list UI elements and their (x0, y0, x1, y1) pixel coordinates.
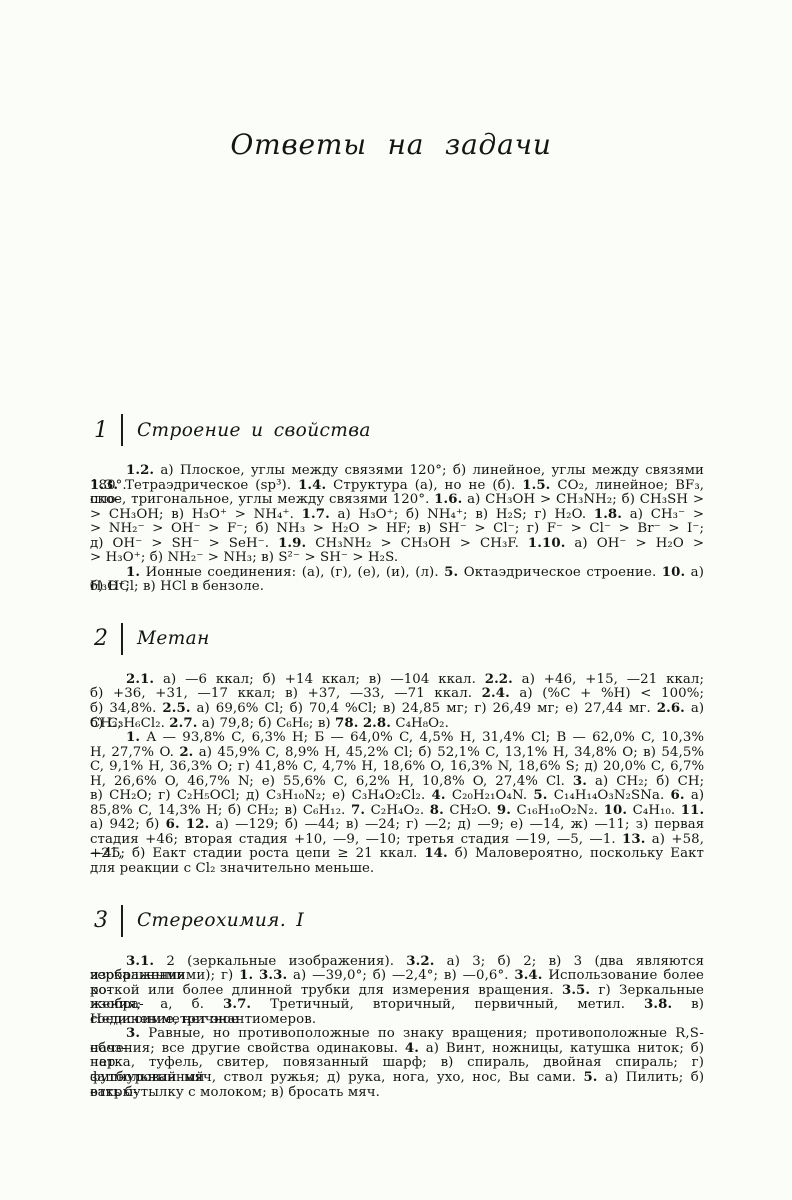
text-line: жения; а, б. 3.7. Третичный, вторичный, … (90, 998, 704, 1013)
paragraph: 1. А — 93,8% C, 6,3% H; Б — 64,0% C, 4,5… (90, 731, 704, 876)
section-title: Строение и свойства (137, 420, 371, 441)
text-line: 1.3. Тетраэдрическое (sp³). 1.4. Структу… (90, 479, 704, 494)
text-line: H, 27,7% O. 2. а) 45,9% C, 8,9% H, 45,2%… (90, 746, 704, 761)
section-1: 1Строение и свойства1.2. а) Плоское, угл… (90, 413, 704, 595)
text-line: > CH₃OH; в) H₃O⁺ > NH₄⁺. 1.7. а) H₃O⁺; б… (90, 508, 704, 523)
text-line: а) 942; б) 6. 12. а) —129; б) —44; в) —2… (90, 818, 704, 833)
text-line: для реакции с Cl₂ значительно меньше. (90, 862, 704, 877)
section-header: 1Строение и свойства (90, 413, 704, 447)
text-line: б) HCl; в) HCl в бензоле. (90, 580, 704, 595)
section-2: 2Метан2.1. а) —6 ккал; б) +14 ккал; в) —… (90, 622, 704, 877)
text-line: б) C₃H₆Cl₂. 2.7. а) 79,8; б) C₆H₆; в) 78… (90, 717, 704, 732)
text-line: в) CH₂O; г) C₂H₅OCl; д) C₃H₁₀N₂; е) C₃H₄… (90, 789, 704, 804)
text-line: H, 26,6% O, 46,7% N; е) 55,6% C, 6,2% H,… (90, 775, 704, 790)
text-line: 3. Равные, но противоположные по знаку в… (90, 1027, 704, 1042)
text-line: > H₃O⁺; б) NH₂⁻ > NH₃; в) S²⁻ > SH⁻ > H₂… (90, 551, 704, 566)
text-line: чатка, туфель, свитер, повязанный шарф; … (90, 1056, 704, 1071)
paragraph: 3. Равные, но противоположные по знаку в… (90, 1027, 704, 1100)
section-header: 2Метан (90, 622, 704, 656)
text-line: 2.1. а) —6 ккал; б) +14 ккал; в) —104 кк… (90, 673, 704, 688)
text-line: вать бутылку с молоком; в) бросать мяч. (90, 1086, 704, 1101)
section-rule (121, 623, 123, 655)
text-line: 1. Ионные соединения: (а), (г), (е), (и)… (90, 566, 704, 581)
text-line: б) +36, +31, —17 ккал; в) +37, —33, —71 … (90, 687, 704, 702)
section-rule (121, 414, 123, 446)
text-line: стадия +46; вторая стадия +10, —9, —10; … (90, 833, 704, 848)
text-line: ское, тригональное, углы между связями 1… (90, 493, 704, 508)
text-line: соединение, нет энантиомеров. (90, 1013, 704, 1028)
text-line: 1.2. а) Плоское, углы между связями 120°… (90, 464, 704, 479)
text-line: > NH₂⁻ > OH⁻ > F⁻; б) NH₃ > H₂O > HF; в)… (90, 522, 704, 537)
text-line: б) 34,8%. 2.5. а) 69,6% Cl; б) 70,4 %Cl;… (90, 702, 704, 717)
section-header: 3Стереохимия. I (90, 904, 704, 938)
text-line: изображениями); г) 1. 3.3. а) —39,0°; б)… (90, 969, 704, 984)
section-number: 1 (90, 418, 112, 443)
sections: 1Строение и свойства1.2. а) Плоское, угл… (90, 413, 704, 1100)
section-rule (121, 905, 123, 937)
section-title: Метан (137, 628, 210, 649)
paragraph: 1.2. а) Плоское, углы между связями 120°… (90, 464, 704, 566)
section-title: Стереохимия. I (137, 910, 304, 931)
paragraph: 1. Ионные соединения: (а), (г), (е), (и)… (90, 566, 704, 595)
page: Ответы на задачи 1Строение и свойства1.2… (0, 0, 792, 1200)
section-number: 3 (90, 908, 112, 933)
paragraph: 3.1. 2 (зеркальные изображения). 3.2. а)… (90, 955, 704, 1028)
text-line: 85,8% C, 14,3% H; б) CH₂; в) C₆H₁₂. 7. C… (90, 804, 704, 819)
text-line: начения; все другие свойства одинаковы. … (90, 1042, 704, 1057)
text-line: д) OH⁻ > SH⁻ > SeH⁻. 1.9. CH₃NH₂ > CH₃OH… (90, 537, 704, 552)
text-line: футбольный мяч, ствол ружья; д) рука, но… (90, 1071, 704, 1086)
text-line: 3.1. 2 (зеркальные изображения). 3.2. а)… (90, 955, 704, 970)
text-line: —45; б) Eакт стадии роста цепи ≥ 21 ккал… (90, 847, 704, 862)
section-3: 3Стереохимия. I3.1. 2 (зеркальные изобра… (90, 904, 704, 1100)
text-line: C, 9,1% H, 36,3% O; г) 41,8% C, 4,7% H, … (90, 760, 704, 775)
paragraph: 2.1. а) —6 ккал; б) +14 ккал; в) —104 кк… (90, 673, 704, 731)
page-title: Ответы на задачи (0, 128, 782, 161)
text-line: роткой или более длинной трубки для изме… (90, 984, 704, 999)
section-number: 2 (90, 626, 112, 651)
text-line: 1. А — 93,8% C, 6,3% H; Б — 64,0% C, 4,5… (90, 731, 704, 746)
